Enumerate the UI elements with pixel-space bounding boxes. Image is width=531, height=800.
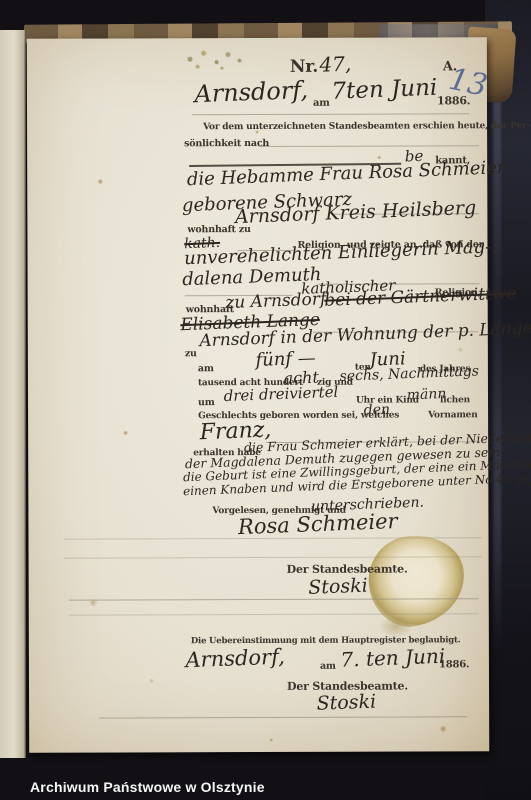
rule-line <box>192 113 469 115</box>
foxing-dot <box>269 738 273 742</box>
foxing-dot <box>377 156 381 160</box>
foxing-dot <box>458 347 463 352</box>
den-hand: den <box>363 402 390 419</box>
dateline-place: Arnsdorf, <box>194 76 309 108</box>
foxing-dot <box>123 430 128 435</box>
vornamen-label: Vornamen <box>428 410 478 420</box>
mother-line-1: unverehelichten Einliegerin Mag- <box>184 236 492 269</box>
certify-am: am <box>320 661 336 672</box>
foxing-dot <box>439 725 447 732</box>
birth-time: drei dreiviertel <box>223 383 338 405</box>
declarant-signature: Rosa Schmeier <box>238 509 398 539</box>
um-label: um <box>198 397 215 408</box>
registrar-signature-2: Stoski <box>316 691 376 715</box>
ink-speckle-stain <box>175 44 251 74</box>
rule-line <box>99 716 467 718</box>
certify-place: Arnsdorf, <box>185 644 285 672</box>
foxing-dot <box>97 179 103 185</box>
dateline-date: 7ten Juni <box>331 75 438 105</box>
zu-label: zu <box>185 348 197 359</box>
record-number-print: Nr. <box>290 57 318 77</box>
book-cover-edge <box>485 0 531 800</box>
archival-scan: { "watermark": "Archiwum Państwowe w Ols… <box>0 0 531 800</box>
archive-watermark: Archiwum Państwowe w Olsztynie <box>30 779 265 795</box>
water-stain <box>363 529 471 632</box>
water-stain-satellite <box>379 615 413 637</box>
declarant-name-line: die Hebamme Frau Rosa Schmeier <box>186 157 505 190</box>
sex-print: lichen <box>440 395 470 405</box>
foxing-dot <box>149 678 154 683</box>
register-page: Nr. 47, A. 13 Arnsdorf, am 7ten Juni 188… <box>27 37 489 753</box>
previous-page-edge <box>0 30 26 758</box>
dateline-year: 1886. <box>437 94 470 107</box>
intro-line-2: sönlichkeit nach <box>184 138 269 149</box>
record-number-hand: 47, <box>319 52 352 77</box>
registrar-signature-1: Stoski <box>308 575 368 599</box>
am-label: am <box>198 363 214 374</box>
certify-year: 1886. <box>439 659 469 670</box>
rule-line <box>259 145 479 147</box>
intro-line-1: Vor dem unterzeichneten Standesbeamten e… <box>203 121 530 132</box>
certify-date: 7. ten Juni <box>340 644 446 672</box>
registrar-label-1: Der Standesbeamte. <box>287 562 408 575</box>
dateline-am: am <box>313 98 330 109</box>
